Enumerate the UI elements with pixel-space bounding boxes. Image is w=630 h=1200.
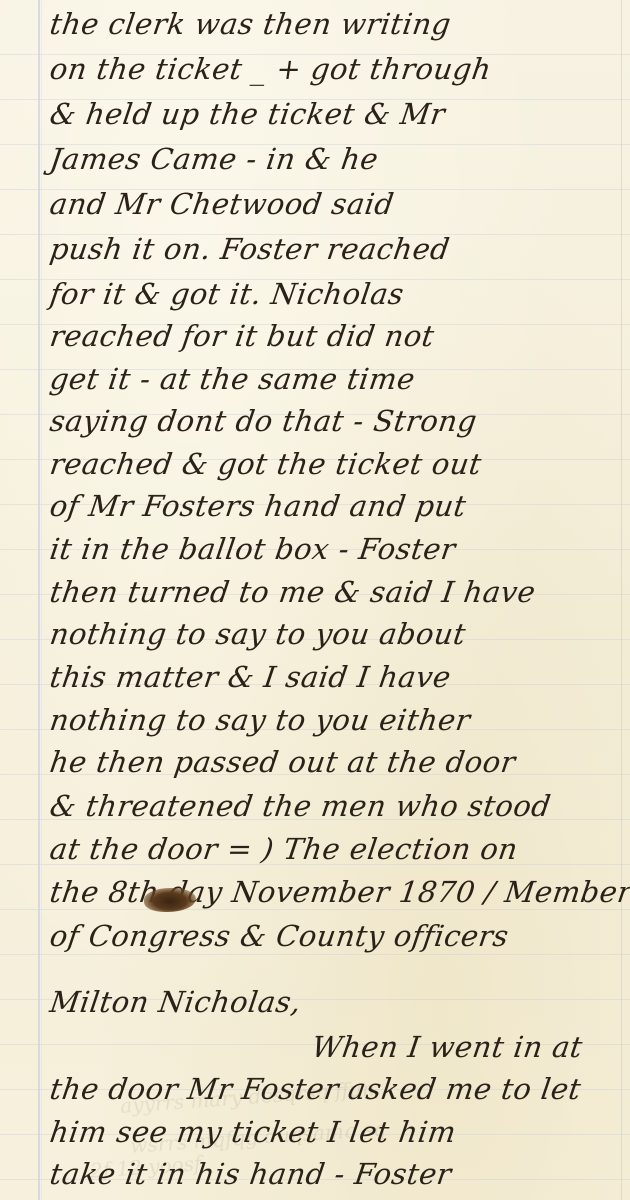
text-line: & threatened the men who stood — [48, 792, 553, 821]
text-line: take it in his hand - Foster — [48, 1160, 453, 1189]
text-line: for it & got it. Nicholas — [48, 280, 406, 309]
text-line: reached for it but did not — [48, 322, 436, 351]
text-line: this matter & I said I have — [48, 663, 453, 692]
text-line: of Congress & County officers — [48, 922, 511, 951]
text-line: and Mr Chetwood said — [48, 190, 396, 219]
text-line: nothing to say to you either — [48, 706, 472, 735]
witness-heading: Milton Nicholas, — [48, 988, 303, 1017]
handwritten-text: the clerk was then writing on the ticket… — [0, 0, 630, 1200]
text-line: the clerk was then writing — [48, 10, 453, 39]
text-line: get it - at the same time — [48, 365, 417, 394]
text-line: on the ticket _ + got through — [48, 55, 493, 84]
text-line: at the door = ) The election on — [48, 835, 520, 864]
text-line: he then passed out at the door — [48, 748, 517, 777]
text-line: it in the ballot box - Foster — [48, 535, 458, 564]
text-line: & held up the ticket & Mr — [48, 100, 447, 129]
text-line: of Mr Fosters hand and put — [48, 492, 468, 521]
text-line: reached & got the ticket out — [48, 450, 483, 479]
text-line: saying dont do that - Strong — [48, 407, 479, 436]
text-line: him see my ticket I let him — [48, 1118, 458, 1147]
text-line: push it on. Foster reached — [48, 235, 452, 264]
text-line: then turned to me & said I have — [48, 578, 537, 607]
text-line: the door Mr Foster asked me to let — [48, 1075, 583, 1104]
text-line: When I went in at — [310, 1033, 584, 1062]
manuscript-page: ayyrrs mary desqrsq ffun wsrrs mqfqg duq… — [0, 0, 630, 1200]
text-line: nothing to say to you about — [48, 620, 468, 649]
text-line: James Came - in & he — [48, 145, 380, 174]
text-line: the 8th day November 1870 / Member — [48, 878, 630, 907]
